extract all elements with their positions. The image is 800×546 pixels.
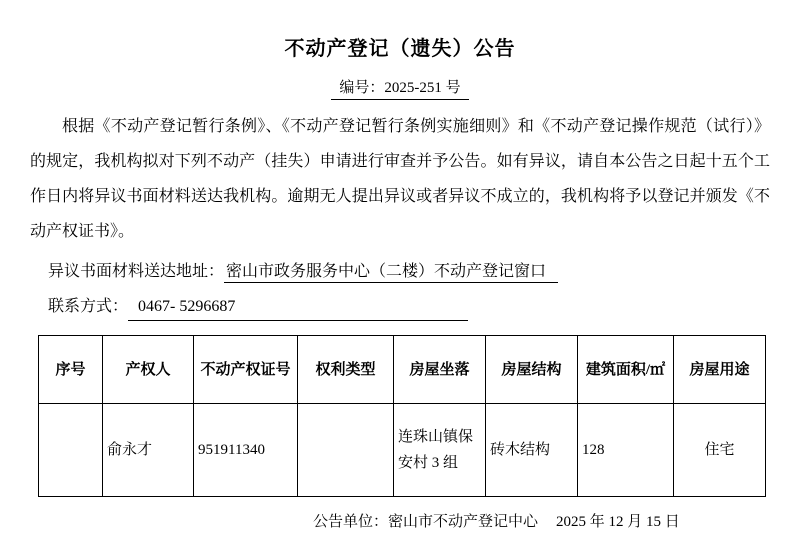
- contact-value: 0467- 5296687: [128, 296, 468, 321]
- cell-owner: 俞永才: [103, 404, 194, 497]
- col-header-cert-no: 不动产权证号: [194, 336, 298, 404]
- footer-unit: 公告单位：密山市不动产登记中心: [313, 514, 538, 530]
- cell-location: 连珠山镇保安村 3 组: [394, 404, 486, 497]
- cell-right-type: [298, 404, 394, 497]
- doc-number: 编号：2025-251 号: [331, 80, 468, 100]
- cell-cert-no: 951911340: [194, 404, 298, 497]
- cell-structure: 砖木结构: [486, 404, 578, 497]
- cell-usage: 住宅: [674, 404, 766, 497]
- cell-seq: [39, 404, 103, 497]
- property-table: 序号 产权人 不动产权证号 权利类型 房屋坐落 房屋结构 建筑面积/㎡ 房屋用途…: [38, 335, 766, 497]
- cell-area: 128: [578, 404, 674, 497]
- table-row: 俞永才 951911340 连珠山镇保安村 3 组 砖木结构 128 住宅: [39, 404, 766, 497]
- doc-number-line: 编号：2025-251 号: [0, 76, 800, 97]
- contact-line: 联系方式：0467- 5296687: [48, 296, 800, 321]
- col-header-right-type: 权利类型: [298, 336, 394, 404]
- col-header-owner: 产权人: [103, 336, 194, 404]
- col-header-structure: 房屋结构: [486, 336, 578, 404]
- contact-label: 联系方式：: [48, 298, 128, 315]
- col-header-usage: 房屋用途: [674, 336, 766, 404]
- document-title: 不动产登记（遗失）公告: [0, 0, 800, 61]
- col-header-seq: 序号: [39, 336, 103, 404]
- col-header-location: 房屋坐落: [394, 336, 486, 404]
- address-value: 密山市政务服务中心（二楼）不动产登记窗口: [224, 263, 558, 283]
- address-label: 异议书面材料送达地址：: [48, 263, 224, 280]
- footer-line: 公告单位：密山市不动产登记中心2025 年 12 月 15 日: [313, 510, 800, 531]
- body-paragraph: 根据《不动产登记暂行条例》、《不动产登记暂行条例实施细则》和《不动产登记操作规范…: [30, 109, 770, 249]
- footer-date: 2025 年 12 月 15 日: [556, 514, 680, 530]
- address-line: 异议书面材料送达地址：密山市政务服务中心（二楼）不动产登记窗口: [48, 261, 800, 283]
- table-header-row: 序号 产权人 不动产权证号 权利类型 房屋坐落 房屋结构 建筑面积/㎡ 房屋用途: [39, 336, 766, 404]
- col-header-area: 建筑面积/㎡: [578, 336, 674, 404]
- announcement-document: 不动产登记（遗失）公告 编号：2025-251 号 根据《不动产登记暂行条例》、…: [0, 0, 800, 546]
